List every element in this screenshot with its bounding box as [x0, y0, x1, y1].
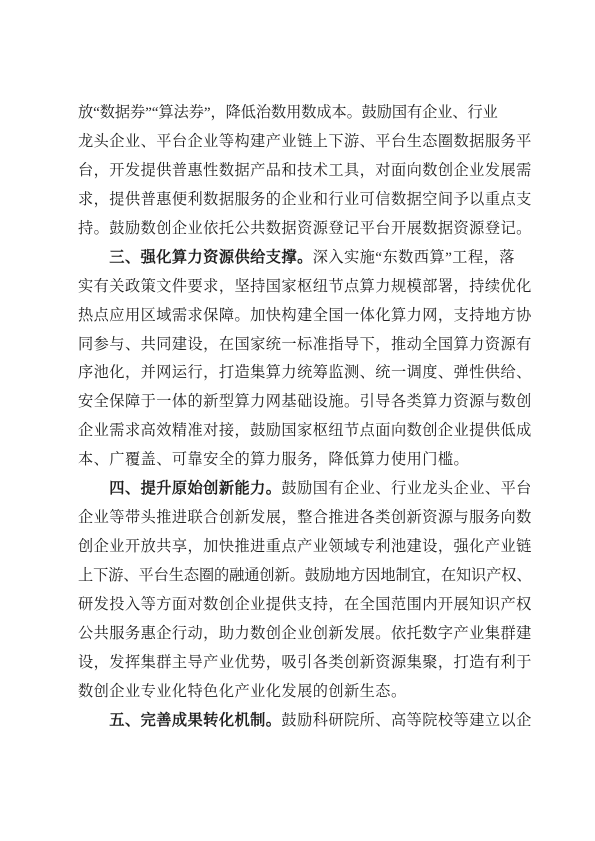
document-page: 放“数据券”“算法券”，降低治数用数成本。鼓励国有企业、行业龙头企业、平台企业等… [0, 0, 595, 841]
body-text: 鼓励国有企业、行业龙头企业、平台 [281, 480, 531, 497]
document-body: 放“数据券”“算法券”，降低治数用数成本。鼓励国有企业、行业龙头企业、平台企业等… [78, 99, 532, 736]
body-text: 研发投入等方面对数创企业提供支持，在全国范围内开展知识产权 [78, 596, 532, 613]
text-line: 持。鼓励数创企业依托公共数据资源登记平台开展数据资源登记。 [78, 215, 532, 244]
section-heading: 五、完善成果转化机制。 [109, 712, 281, 729]
body-text: 鼓励科研院所、高等院校等建立以企 [281, 712, 531, 729]
text-line: 求，提供普惠便利数据服务的企业和行业可信数据空间予以重点支 [78, 186, 532, 215]
body-text: 创企业开放共享，加快推进重点产业领域专利池建设，强化产业链 [78, 538, 532, 555]
body-text: 公共服务惠企行动，助力数创企业创新发展。依托数字产业集群建 [78, 625, 532, 642]
body-text: 放“数据券”“算法券”，降低治数用数成本。鼓励国有企业、行业 [78, 104, 498, 121]
paragraph-section-3: 三、强化算力资源供给支撑。深入实施“东数西算”工程，落实有关政策文件要求，坚持国… [78, 244, 532, 476]
body-text: 企业需求高效精准对接，鼓励国家枢纽节点面向数创企业提供低成 [78, 422, 532, 439]
body-text: 深入实施“东数西算”工程，落 [313, 249, 515, 266]
body-text: 龙头企业、平台企业等构建产业链上下游、平台生态圈数据服务平 [78, 133, 532, 150]
text-line: 热点应用区域需求保障。加快构建全国一体化算力网，支持地方协 [78, 302, 532, 331]
body-text: 热点应用区域需求保障。加快构建全国一体化算力网，支持地方协 [78, 307, 532, 324]
text-line: 四、提升原始创新能力。鼓励国有企业、行业龙头企业、平台 [78, 475, 532, 504]
body-text: 本、广覆盖、可靠安全的算力服务，降低算力使用门槛。 [78, 451, 469, 468]
text-line: 安全保障于一体的新型算力网基础设施。引导各类算力资源与数创 [78, 388, 532, 417]
text-line: 上下游、平台生态圈的融通创新。鼓励地方因地制宜，在知识产权、 [78, 562, 532, 591]
paragraph-section-4: 四、提升原始创新能力。鼓励国有企业、行业龙头企业、平台企业等带头推进联合创新发展… [78, 475, 532, 707]
text-line: 研发投入等方面对数创企业提供支持，在全国范围内开展知识产权 [78, 591, 532, 620]
body-text: 数创企业专业化特色化产业化发展的创新生态。 [78, 683, 407, 700]
text-line: 序池化，并网运行，打造集算力统筹监测、统一调度、弹性供给、 [78, 359, 532, 388]
paragraph-continuation: 放“数据券”“算法券”，降低治数用数成本。鼓励国有企业、行业龙头企业、平台企业等… [78, 99, 532, 244]
text-line: 放“数据券”“算法券”，降低治数用数成本。鼓励国有企业、行业 [78, 99, 532, 128]
text-line: 企业等带头推进联合创新发展，整合推进各类创新资源与服务向数 [78, 504, 532, 533]
text-line: 创企业开放共享，加快推进重点产业领域专利池建设，强化产业链 [78, 533, 532, 562]
body-text: 持。鼓励数创企业依托公共数据资源登记平台开展数据资源登记。 [78, 220, 532, 237]
body-text: 同参与、共同建设，在国家统一标准指导下，推动全国算力资源有 [78, 336, 532, 353]
body-text: 序池化，并网运行，打造集算力统筹监测、统一调度、弹性供给、 [78, 364, 532, 381]
body-text: 安全保障于一体的新型算力网基础设施。引导各类算力资源与数创 [78, 393, 532, 410]
section-heading: 四、提升原始创新能力。 [109, 480, 281, 497]
paragraph-section-5: 五、完善成果转化机制。鼓励科研院所、高等院校等建立以企 [78, 707, 532, 736]
body-text: 台，开发提供普惠性数据产品和技术工具，对面向数创企业发展需 [78, 162, 532, 179]
body-text: 上下游、平台生态圈的融通创新。鼓励地方因地制宜，在知识产权、 [78, 567, 532, 584]
section-heading: 三、强化算力资源供给支撑。 [109, 249, 312, 266]
body-text: 实有关政策文件要求，坚持国家枢纽节点算力规模部署，持续优化 [78, 278, 532, 295]
body-text: 企业等带头推进联合创新发展，整合推进各类创新资源与服务向数 [78, 509, 532, 526]
text-line: 台，开发提供普惠性数据产品和技术工具，对面向数创企业发展需 [78, 157, 532, 186]
text-line: 设，发挥集群主导产业优势，吸引各类创新资源集聚，打造有利于 [78, 649, 532, 678]
text-line: 同参与、共同建设，在国家统一标准指导下，推动全国算力资源有 [78, 331, 532, 360]
text-line: 五、完善成果转化机制。鼓励科研院所、高等院校等建立以企 [78, 707, 532, 736]
body-text: 设，发挥集群主导产业优势，吸引各类创新资源集聚，打造有利于 [78, 654, 532, 671]
text-line: 企业需求高效精准对接，鼓励国家枢纽节点面向数创企业提供低成 [78, 417, 532, 446]
text-line: 龙头企业、平台企业等构建产业链上下游、平台生态圈数据服务平 [78, 128, 532, 157]
body-text: 求，提供普惠便利数据服务的企业和行业可信数据空间予以重点支 [78, 191, 532, 208]
text-line: 本、广覆盖、可靠安全的算力服务，降低算力使用门槛。 [78, 446, 532, 475]
text-line: 三、强化算力资源供给支撑。深入实施“东数西算”工程，落 [78, 244, 532, 273]
text-line: 公共服务惠企行动，助力数创企业创新发展。依托数字产业集群建 [78, 620, 532, 649]
text-line: 实有关政策文件要求，坚持国家枢纽节点算力规模部署，持续优化 [78, 273, 532, 302]
text-line: 数创企业专业化特色化产业化发展的创新生态。 [78, 678, 532, 707]
